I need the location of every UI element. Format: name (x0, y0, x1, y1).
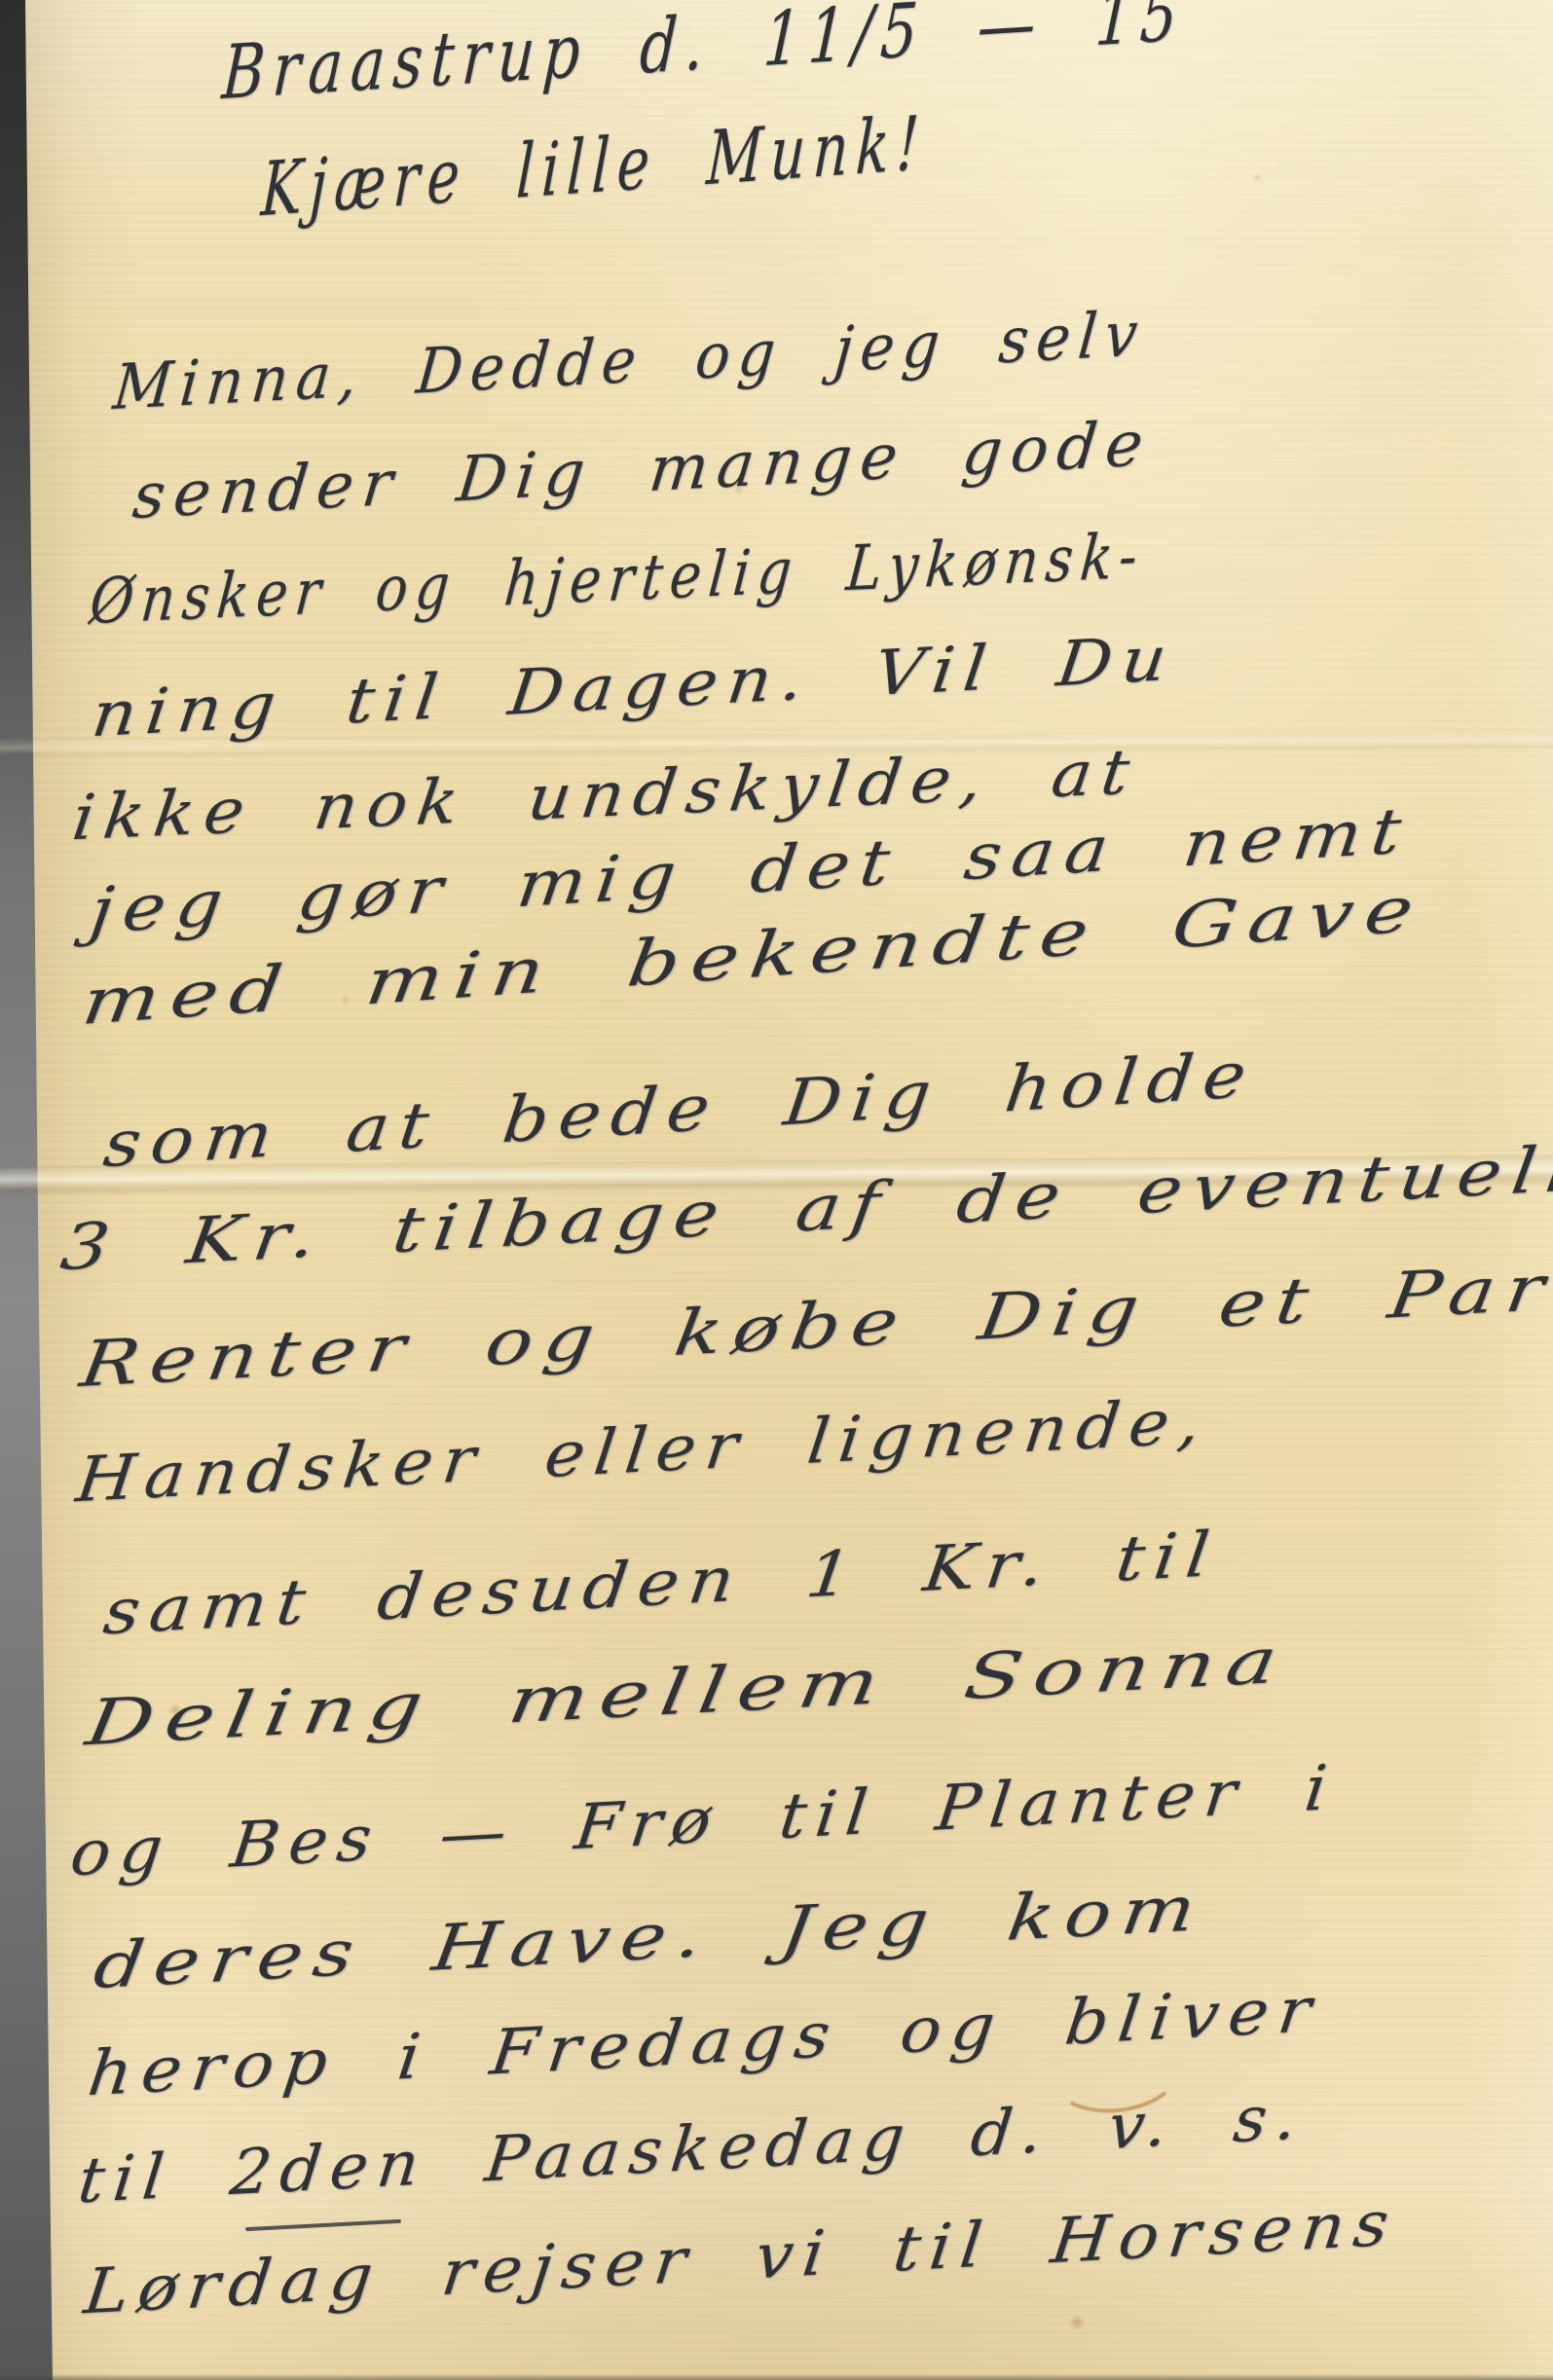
scanner-bottom-shadow (0, 2374, 1553, 2380)
scanned-letter-page: Braastrup d. 11/5 — 15 Kjære lille Munk!… (0, 0, 1553, 2380)
